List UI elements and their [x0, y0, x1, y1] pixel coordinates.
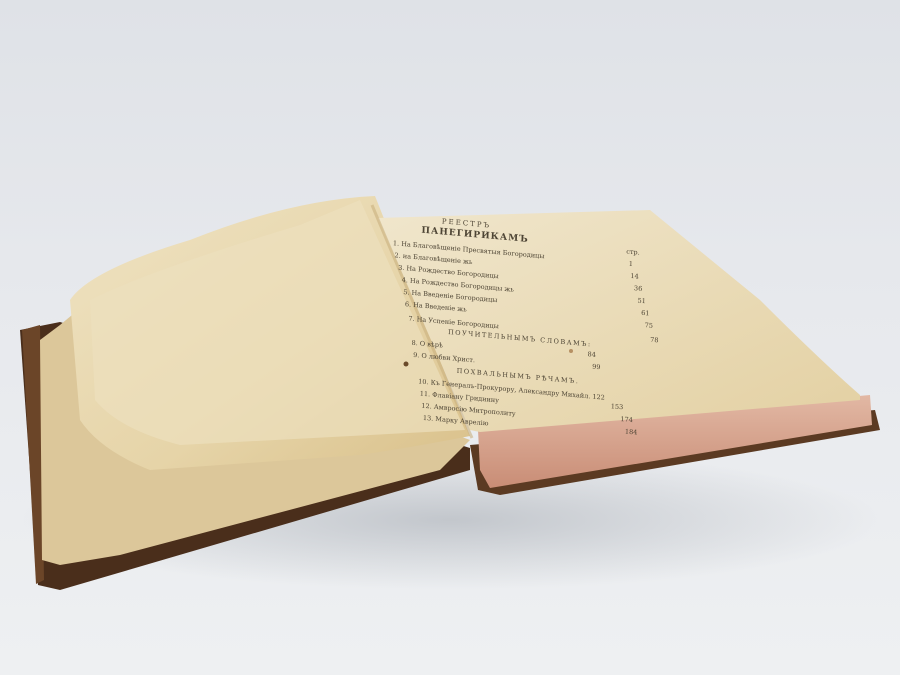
toc-page: 61: [641, 310, 650, 317]
toc-page: 75: [645, 322, 654, 329]
photo-scene: РЕЕСТРЪ ПАНЕГИРИКАМЪ стр. 1. На Благовѣщ…: [0, 0, 900, 675]
toc-page: 51: [637, 297, 646, 304]
toc-entry: 6. На Введеніе жь: [405, 301, 467, 313]
toc-page: 84: [587, 351, 596, 358]
right-page-text: РЕЕСТРЪ ПАНЕГИРИКАМЪ стр. 1. На Благовѣщ…: [385, 214, 692, 440]
toc-page: 14: [630, 273, 639, 280]
toc-entry: 9. О любви Христ.: [413, 352, 475, 364]
page-label: стр.: [626, 248, 640, 256]
toc-page: 1: [629, 261, 633, 268]
toc-entry: 8. О вѣрѣ: [411, 340, 443, 349]
toc-page: 174: [620, 416, 633, 424]
toc-page: 184: [625, 428, 638, 436]
toc-page: 78: [650, 337, 659, 344]
toc-page: 153: [611, 403, 624, 411]
section-heading: ПОУЧИТЕЛЬНЫМЪ СЛОВАМЪ:: [448, 329, 592, 348]
toc-page: 36: [634, 285, 643, 292]
toc-page: 99: [592, 364, 601, 371]
